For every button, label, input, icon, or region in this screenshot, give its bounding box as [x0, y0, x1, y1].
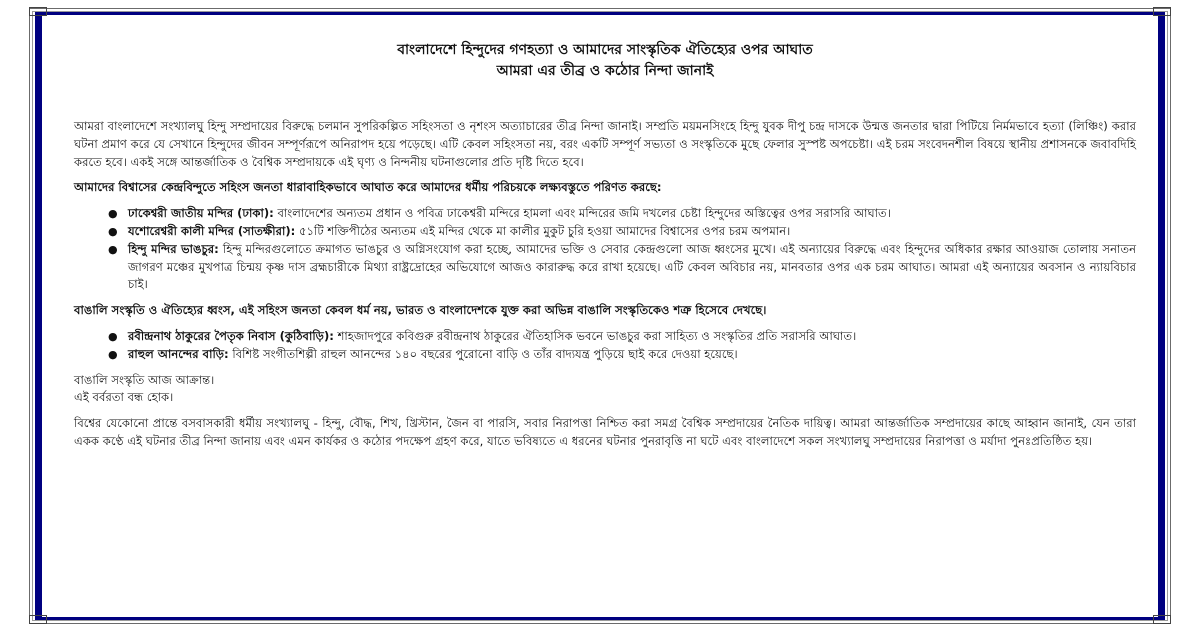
border-corner-bottom-left	[29, 615, 47, 624]
intro-paragraph: আমরা বাংলাদেশে সংখ্যালঘু হিন্দু সম্প্রদা…	[74, 118, 1136, 171]
document-body: বাংলাদেশে হিন্দুদের গণহত্যা ও আমাদের সাং…	[74, 40, 1136, 459]
bullet-icon: ●	[108, 346, 118, 364]
list-item-text: হিন্দু মন্দিরগুলোতে ক্রমাগত ভাঙচুর ও অগ্…	[128, 242, 1136, 292]
document-title: বাংলাদেশে হিন্দুদের গণহত্যা ও আমাদের সাং…	[74, 40, 1136, 82]
list-item-lead: রবীন্দ্রনাথ ঠাকুরের পৈতৃক নিবাস (কুঠিবাড…	[128, 329, 334, 343]
final-paragraph: বিশ্বের যেকোনো প্রান্তে বসবাসকারী ধর্মীয…	[74, 415, 1136, 451]
bullet-icon: ●	[108, 241, 118, 259]
section-1-list: ● ঢাকেশ্বরী জাতীয় মন্দির (ঢাকা): বাংলাদ…	[74, 205, 1136, 294]
list-item-text: বাংলাদেশের অন্যতম প্রধান ও পবিত্র ঢাকেশ্…	[274, 206, 891, 220]
closing-lines: বাঙালি সংস্কৃতি আজ আক্রান্ত। এই বর্বরতা …	[74, 372, 1136, 408]
border-corner-bottom-right	[1153, 615, 1171, 624]
bullet-icon: ●	[108, 205, 118, 223]
title-line-2: আমরা এর তীব্র ও কঠোর নিন্দা জানাই	[74, 61, 1136, 82]
list-item-lead: হিন্দু মন্দির ভাঙচুর:	[128, 242, 219, 256]
border-corner-top-right	[1153, 7, 1171, 16]
section-1-heading: আমাদের বিশ্বাসের কেন্দ্রবিন্দুতে সহিংস জ…	[74, 179, 1136, 197]
list-item: ● রবীন্দ্রনাথ ঠাকুরের পৈতৃক নিবাস (কুঠিব…	[110, 328, 1136, 346]
list-item: ● ঢাকেশ্বরী জাতীয় মন্দির (ঢাকা): বাংলাদ…	[110, 205, 1136, 223]
bullet-icon: ●	[108, 328, 118, 346]
bullet-icon: ●	[108, 223, 118, 241]
list-item-text: বিশিষ্ট সংগীতশিল্পী রাহুল আনন্দের ১৪০ বছ…	[229, 347, 738, 361]
closing-line-1: বাঙালি সংস্কৃতি আজ আক্রান্ত।	[74, 372, 1136, 390]
list-item: ● রাহুল আনন্দের বাড়ি: বিশিষ্ট সংগীতশিল্…	[110, 346, 1136, 364]
list-item-text: ৫১টি শক্তিপীঠের অন্যতম এই মন্দির থেকে মা…	[295, 224, 790, 238]
list-item-lead: যশোরেশ্বরী কালী মন্দির (সাতক্ষীরা):	[128, 224, 295, 238]
list-item: ● যশোরেশ্বরী কালী মন্দির (সাতক্ষীরা): ৫১…	[110, 223, 1136, 241]
list-item-lead: ঢাকেশ্বরী জাতীয় মন্দির (ঢাকা):	[128, 206, 274, 220]
border-corner-top-left	[29, 7, 47, 16]
list-item-text: শাহজাদপুরে কবিগুরু রবীন্দ্রনাথ ঠাকুরের ঐ…	[334, 329, 856, 343]
list-item-lead: রাহুল আনন্দের বাড়ি:	[128, 347, 229, 361]
section-2-heading: বাঙালি সংস্কৃতি ও ঐতিহ্যের ধ্বংস, এই সহি…	[74, 302, 1136, 320]
list-item: ● হিন্দু মন্দির ভাঙচুর: হিন্দু মন্দিরগুল…	[110, 241, 1136, 294]
section-2-list: ● রবীন্দ্রনাথ ঠাকুরের পৈতৃক নিবাস (কুঠিব…	[74, 328, 1136, 364]
closing-line-2: এই বর্বরতা বন্ধ হোক।	[74, 389, 1136, 407]
title-line-1: বাংলাদেশে হিন্দুদের গণহত্যা ও আমাদের সাং…	[74, 40, 1136, 61]
